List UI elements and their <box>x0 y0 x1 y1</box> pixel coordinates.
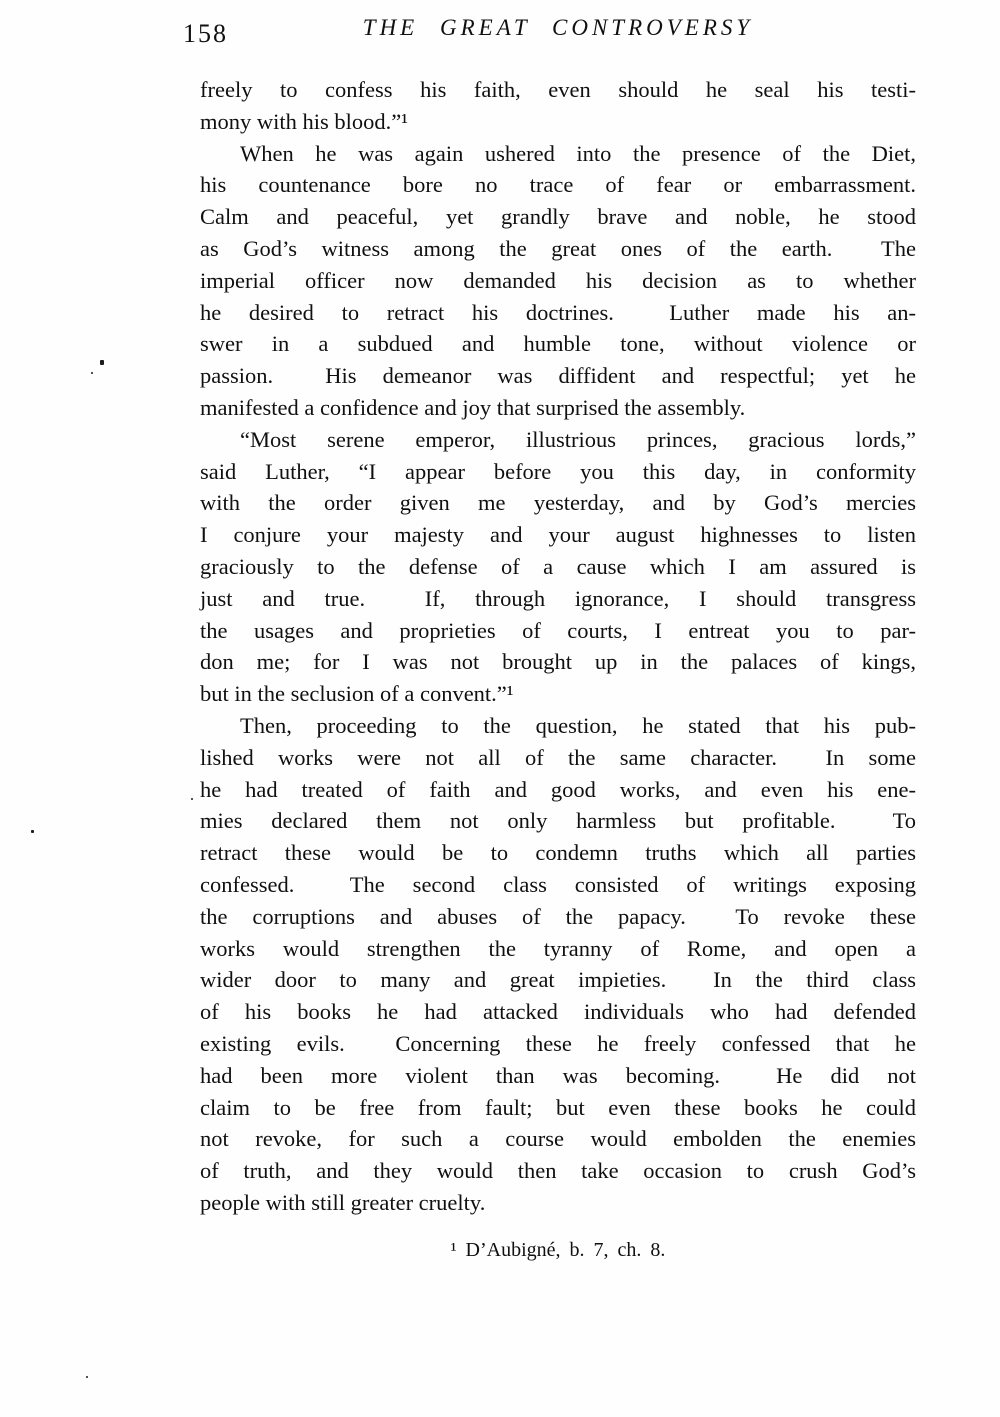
text-line: existing evils. Concerning these he free… <box>200 1028 916 1060</box>
text-line: retract these would be to condemn truths… <box>200 837 916 869</box>
paragraph: “Most serene emperor, illustrious prince… <box>200 424 916 710</box>
running-title: THE GREAT CONTROVERSY <box>200 14 916 42</box>
paragraph: Then, proceeding to the question, he sta… <box>200 710 916 1219</box>
text-line: the usages and proprieties of courts, I … <box>200 615 916 647</box>
footnote: ¹ D’Aubigné, b. 7, ch. 8. <box>200 1238 916 1262</box>
text-line: just and true. If, through ignorance, I … <box>200 583 916 615</box>
text-line: mony with his blood.”¹ <box>200 106 916 138</box>
text-line: as God’s witness among the great ones of… <box>200 233 916 265</box>
text-line: of his books he had attacked individuals… <box>200 996 916 1028</box>
text-line: with the order given me yesterday, and b… <box>200 487 916 519</box>
text-line: freely to confess his faith, even should… <box>200 74 916 106</box>
text-line: When he was again ushered into the prese… <box>200 138 916 170</box>
text-line: mies declared them not only harmless but… <box>200 805 916 837</box>
paragraph-continuation: freely to confess his faith, even should… <box>200 74 916 138</box>
text-line: I conjure your majesty and your august h… <box>200 519 916 551</box>
text-line: had been more violent than was becoming.… <box>200 1060 916 1092</box>
text-line: people with still greater cruelty. <box>200 1187 916 1219</box>
text-line: swer in a subdued and humble tone, witho… <box>200 328 916 360</box>
text-line: lished works were not all of the same ch… <box>200 742 916 774</box>
text-line: not revoke, for such a course would embo… <box>200 1123 916 1155</box>
text-line: imperial officer now demanded his decisi… <box>200 265 916 297</box>
paragraph: When he was again ushered into the prese… <box>200 138 916 424</box>
text-line: claim to be free from fault; but even th… <box>200 1092 916 1124</box>
scan-speck <box>31 830 34 833</box>
text-line: but in the seclusion of a convent.”¹ <box>200 678 916 710</box>
text-line: works would strengthen the tyranny of Ro… <box>200 933 916 965</box>
page-body: freely to confess his faith, even should… <box>200 74 916 1219</box>
text-line: passion. His demeanor was diffident and … <box>200 360 916 392</box>
book-page: 158 THE GREAT CONTROVERSY freely to conf… <box>0 0 1000 1417</box>
text-line: of truth, and they would then take occas… <box>200 1155 916 1187</box>
scan-speck <box>86 1376 88 1378</box>
text-line: Calm and peaceful, yet grandly brave and… <box>200 201 916 233</box>
text-line: confessed. The second class consisted of… <box>200 869 916 901</box>
text-line: wider door to many and great impieties. … <box>200 964 916 996</box>
text-line: his countenance bore no trace of fear or… <box>200 169 916 201</box>
text-line: said Luther, “I appear before you this d… <box>200 456 916 488</box>
text-line: manifested a confidence and joy that sur… <box>200 392 916 424</box>
text-line: “Most serene emperor, illustrious prince… <box>200 424 916 456</box>
text-line: he desired to retract his doctrines. Lut… <box>200 297 916 329</box>
scan-speck <box>191 798 193 800</box>
scan-speck <box>91 372 93 374</box>
scan-speck <box>100 360 104 365</box>
text-line: graciously to the defense of a cause whi… <box>200 551 916 583</box>
text-line: don me; for I was not brought up in the … <box>200 646 916 678</box>
text-line: the corruptions and abuses of the papacy… <box>200 901 916 933</box>
text-line: he had treated of faith and good works, … <box>200 774 916 806</box>
text-line: Then, proceeding to the question, he sta… <box>200 710 916 742</box>
